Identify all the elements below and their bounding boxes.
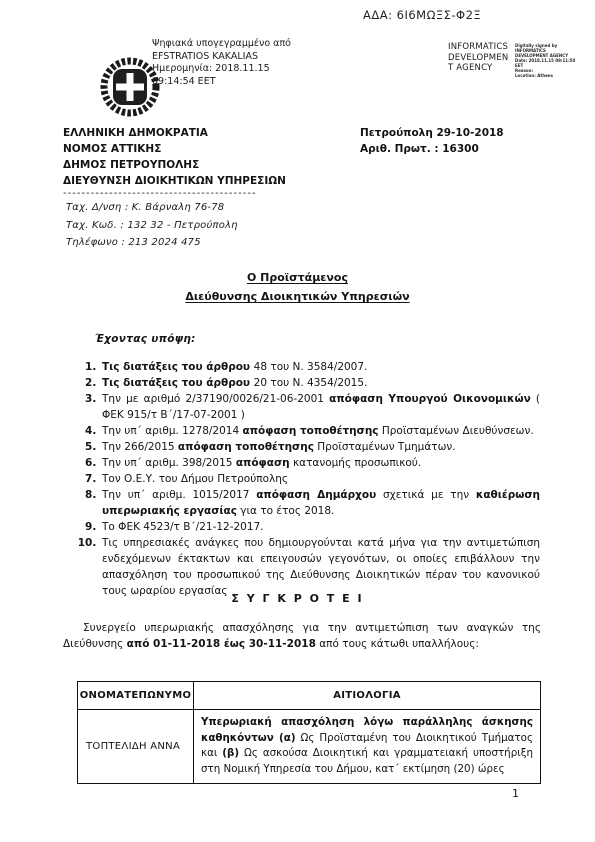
legal-basis-items: Τις διατάξεις του άρθρου 48 του Ν. 3584/…	[78, 359, 540, 599]
ida-agency-name: INFORMATICSDEVELOPMENT AGENCY	[448, 42, 510, 78]
ada-code: ΑΔΑ: 6Ι6ΜΩΞΣ-Φ2Ξ	[363, 8, 481, 22]
protocol-label: Αριθ. Πρωτ. :	[360, 143, 442, 155]
legal-basis-item: Την υπ΄ αριθμ. 1015/2017 απόφαση Δημάρχο…	[100, 487, 540, 519]
legal-basis-item: Την υπ΄ αριθμ. 1278/2014 απόφαση τοποθέτ…	[100, 423, 540, 439]
legal-basis-item: Την υπ΄ αριθμ. 398/2015 απόφαση κατανομή…	[100, 455, 540, 471]
issuing-authority-block: ΕΛΛΗΝΙΚΗ ΔΗΜΟΚΡΑΤΙΑΝΟΜΟΣ ΑΤΤΙΚΗΣΔΗΜΟΣ ΠΕ…	[63, 125, 286, 189]
protocol-number: 16300	[442, 143, 479, 155]
place-date: Πετρούπολη 29-10-2018	[360, 125, 504, 141]
document-title-line2: Διεύθυνσης Διοικητικών Υπηρεσιών	[185, 290, 409, 303]
legal-basis-item: Το ΦΕΚ 4523/τ Β΄/21-12-2017.	[100, 519, 540, 535]
legal-basis-item: Τις υπηρεσιακές ανάγκες που δημιουργούντ…	[100, 535, 540, 599]
legal-basis-item: Τις διατάξεις του άρθρου 48 του Ν. 3584/…	[100, 359, 540, 375]
overtime-staff-table: ΟΝΟΜΑΤΕΠΩΝΥΜΟ ΑΙΤΙΟΛΟΓΙΑ ΤΟΠΤΕΛΙΔΗ ΑΝΝΑ …	[77, 681, 541, 784]
table-header-name: ΟΝΟΜΑΤΕΠΩΝΥΜΟ	[78, 682, 194, 710]
legal-basis-item: Την με αριθμό 2/37190/0026/21-06-2001 απ…	[100, 391, 540, 423]
decree-heading: Σ Υ Γ Κ Ρ Ο Τ Ε Ι	[0, 592, 595, 605]
page-number: 1	[512, 787, 519, 800]
justification-cell: Υπερωριακή απασχόληση λόγω παράλληλης άσ…	[194, 710, 541, 784]
protocol-line: Αριθ. Πρωτ. : 16300	[360, 141, 504, 157]
legal-basis-item: Την 266/2015 απόφαση τοποθέτησης Προϊστα…	[100, 439, 540, 455]
table-header-row: ΟΝΟΜΑΤΕΠΩΝΥΜΟ ΑΙΤΙΟΛΟΓΙΑ	[78, 682, 541, 710]
table-row: ΤΟΠΤΕΛΙΔΗ ΑΝΝΑ Υπερωριακή απασχόληση λόγ…	[78, 710, 541, 784]
header-separator: ----------------------------------------…	[63, 188, 257, 199]
document-page: ΑΔΑ: 6Ι6ΜΩΞΣ-Φ2Ξ Ψηφιακά υπογεγραμμένο α…	[0, 0, 595, 842]
ida-stamp: INFORMATICSDEVELOPMENT AGENCY Digitally …	[448, 42, 595, 78]
legal-basis-list: Τις διατάξεις του άρθρου 48 του Ν. 3584/…	[78, 359, 540, 599]
contact-info-block: Ταχ. Δ/νση : Κ. Βάρναλη 76-78Ταχ. Κωδ. :…	[66, 199, 238, 252]
greek-national-emblem-icon	[98, 55, 162, 119]
having-regard-label: Έχοντας υπόψη:	[95, 333, 196, 345]
document-title-line1: Ο Προϊστάμενος	[247, 271, 348, 284]
legal-basis-item: Τον Ο.Ε.Υ. του Δήμου Πετρούπολης	[100, 471, 540, 487]
ida-signature-details: Digitally signed byINFORMATICSDEVELOPMEN…	[515, 42, 595, 78]
place-date-protocol-block: Πετρούπολη 29-10-2018 Αριθ. Πρωτ. : 1630…	[360, 125, 504, 157]
table-header-justification: ΑΙΤΙΟΛΟΓΙΑ	[194, 682, 541, 710]
digital-signature-block: Ψηφιακά υπογεγραμμένο απόEFSTRATIOS KAKA…	[152, 38, 291, 88]
decision-paragraph: Συνεργείο υπερωριακής απασχόλησης για τη…	[63, 620, 541, 652]
document-title: Ο Προϊστάμενος Διεύθυνσης Διοικητικών Υπ…	[0, 268, 595, 306]
legal-basis-item: Τις διατάξεις του άρθρου 20 του Ν. 4354/…	[100, 375, 540, 391]
employee-name-cell: ΤΟΠΤΕΛΙΔΗ ΑΝΝΑ	[78, 710, 194, 784]
